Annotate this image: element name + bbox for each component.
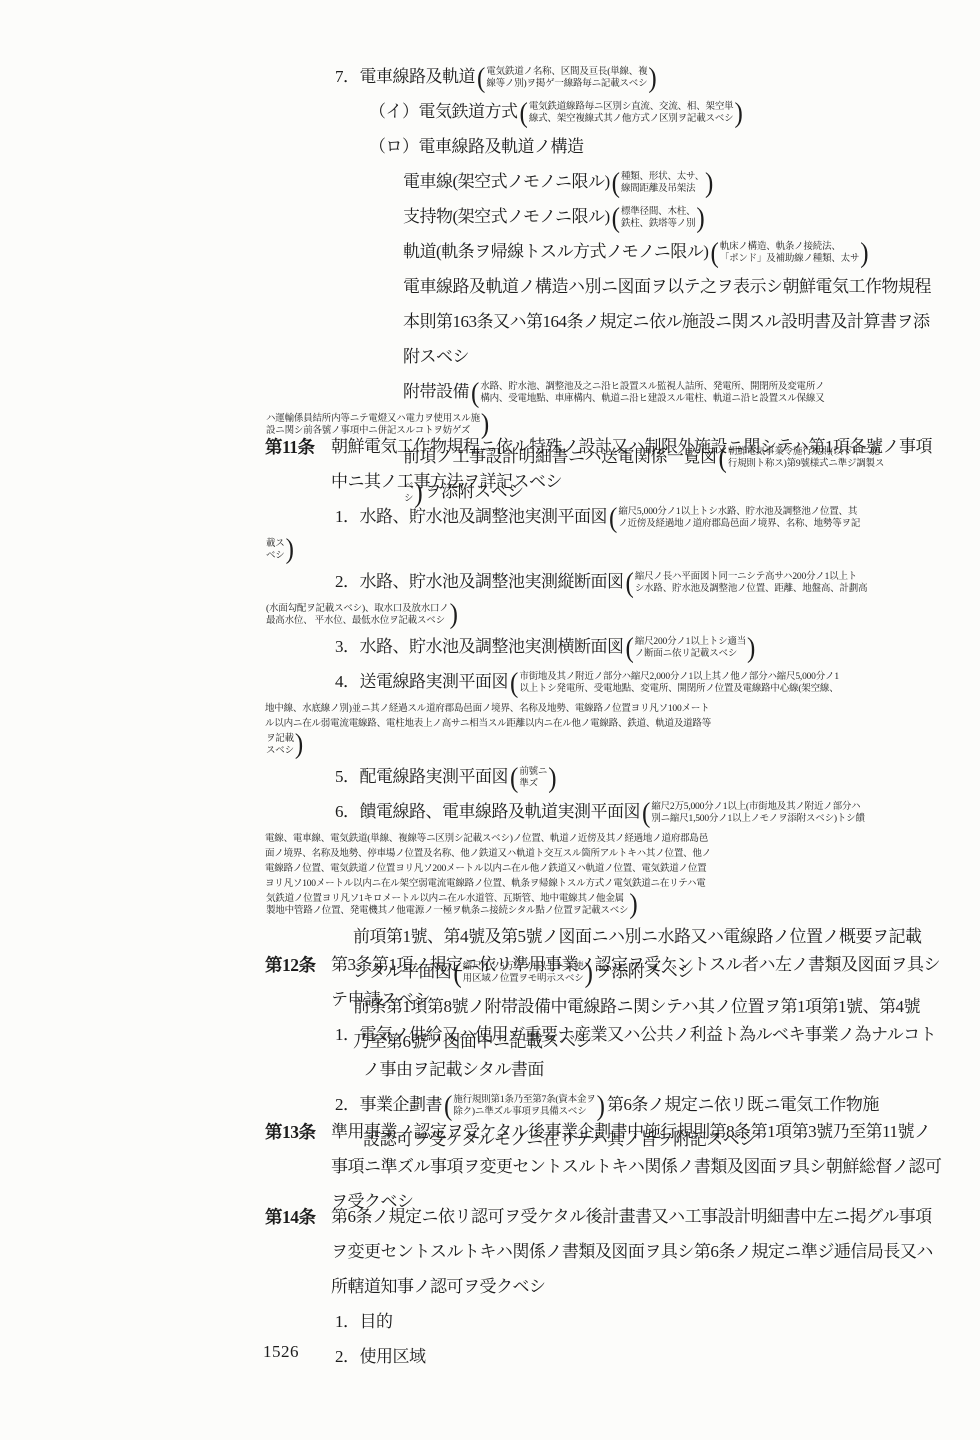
text-run: 附帯設備 bbox=[403, 382, 469, 401]
text-run: ヲ変更セントスルトキハ関係ノ書類及図面ヲ具シ第6条ノ規定ニ準ジ逓信局長又ハ bbox=[331, 1242, 933, 1261]
annotation-lines: 前號ニ準ズ bbox=[519, 766, 547, 790]
text-line: 2．水路、貯水池及調整池実測縦断面図(縮尺ノ長ハ平面図ト同一ニシテ高サハ200分… bbox=[335, 565, 965, 600]
annotation-line: 鉄柱、鉄塔等ノ別 bbox=[621, 218, 695, 230]
inline-annotation: (種類、形状、太サ、線間距離及吊架法) bbox=[611, 171, 715, 196]
paren-open-icon: ( bbox=[611, 169, 621, 197]
annotation-line: 水路、貯水池、調整池及之ニ沿ヒ設置スル監視人詰所、発電所、開閉所及変電所ノ bbox=[480, 381, 824, 393]
paren-close-icon: ) bbox=[294, 731, 304, 759]
inline-annotation: (水面勾配ヲ記載スベシ)、取水口及放水口ノ最高水位、 平水位、最低水位ヲ記載スベ… bbox=[266, 602, 459, 627]
article-number: 第13条 bbox=[265, 1115, 316, 1149]
text-line: （イ）電気鉄道方式(電気鉄道線路毎ニ区別シ直流、交流、相、架空単線式、架空複線式… bbox=[369, 95, 965, 130]
text-line: 軌道(軌条ヲ帰線トスル方式ノモノニ限ル)(軌床ノ構造、軌条ノ接続法、「ポンド」及… bbox=[403, 235, 965, 270]
text-line: 本則第163条又ハ第164条ノ規定ニ依ル施設ニ関スル設明書及計算書ヲ添 bbox=[403, 305, 965, 340]
inline-annotation: (軌床ノ構造、軌条ノ接続法、「ポンド」及補助線ノ種類、太サ) bbox=[709, 241, 869, 266]
annotation-lines: 電気鉄道線路毎ニ区別シ直流、交流、相、架空単線式、架空複線式其ノ他方式ノ区別ヲ記… bbox=[529, 101, 734, 125]
text-run: 電車線路及軌道ノ構造ハ別ニ図面ヲ以テ之ヲ表示シ朝鮮電気工作物規程 bbox=[403, 277, 931, 296]
annotation-text: 電線路ノ位置、電気鉄道ノ位置ヨリ凡ソ200メートル以内ニ在ル他ノ鉄道又ハ軌道ノ位… bbox=[265, 864, 706, 874]
text-run: 中ニ其ノ工事方法ヲ詳記スベシ bbox=[331, 472, 562, 491]
text-run: 第3条第1項ノ規定ニ依リ準用事業ノ認定ヲ受ケントスル者ハ左ノ書類及図面ヲ具シ bbox=[331, 955, 940, 974]
annotation-lines: (水面勾配ヲ記載スベシ)、取水口及放水口ノ最高水位、 平水位、最低水位ヲ記載スベ… bbox=[266, 603, 449, 627]
text-line: 電車線路及軌道ノ構造ハ別ニ図面ヲ以テ之ヲ表示シ朝鮮電気工作物規程 bbox=[403, 270, 965, 305]
annotation-line: 前號ニ bbox=[519, 766, 547, 778]
annotation-lines: 市街地及其ノ附近ノ部分ハ縮尺2,000分ノ1以上其ノ他ノ部分ハ縮尺5,000分ノ… bbox=[519, 671, 839, 695]
paren-open-icon: ( bbox=[608, 504, 618, 532]
text-line: 電車線(架空式ノモノニ限ル)(種類、形状、太サ、線間距離及吊架法) bbox=[403, 165, 965, 200]
text-run: 2．水路、貯水池及調整池実測縦断面図 bbox=[335, 572, 624, 591]
text-run: 附スベシ bbox=[403, 347, 469, 366]
inline-annotation: (縮尺ノ長ハ平面図ト同一ニシテ高サハ200分ノ1以上トシ水路、貯水池及調整池ノ位… bbox=[625, 571, 868, 596]
annotation-lines: 軌床ノ構造、軌条ノ接続法、「ポンド」及補助線ノ種類、太サ bbox=[720, 241, 860, 265]
text-run: 支持物(架空式ノモノニ限ル) bbox=[403, 207, 610, 226]
text-line: ヨリ凡ソ100メートル以内ニ在ル架空弱電流電線路ノ位置、軌条ヲ帰線トスル方式ノ電… bbox=[265, 876, 965, 890]
text-line: 附スベシ bbox=[403, 340, 965, 375]
annotation-line: 種類、形状、太サ、 bbox=[621, 171, 704, 183]
annotation-line: (水面勾配ヲ記載スベシ)、取水口及放水口ノ bbox=[266, 603, 449, 615]
annotation-lines: 水路、貯水池、調整池及之ニ沿ヒ設置スル監視人詰所、発電所、開閉所及変電所ノ構内、… bbox=[480, 381, 824, 405]
paren-close-icon: ) bbox=[547, 764, 557, 792]
annotation-line: 電気鉄道線路毎ニ区別シ直流、交流、相、架空単 bbox=[529, 101, 734, 113]
text-line: 6．饋電線路、電車線路及軌道実測平面図(縮尺2万5,000分ノ1以上(市街地及其… bbox=[335, 795, 965, 830]
text-line: 1．水路、貯水池及調整池実測平面図(縮尺5,000分ノ1以上トシ水路、貯水池及調… bbox=[335, 500, 965, 535]
paren-close-icon: ) bbox=[859, 239, 869, 267]
article-number: 第14条 bbox=[265, 1200, 316, 1234]
annotation-line: ノ近傍及経過地ノ道府郡島邑面ノ境界、名称、地勢等ヲ記 bbox=[618, 518, 860, 530]
text-line: (水面勾配ヲ記載スベシ)、取水口及放水口ノ最高水位、 平水位、最低水位ヲ記載スベ… bbox=[265, 602, 965, 627]
text-run: 電車線(架空式ノモノニ限ル) bbox=[403, 172, 610, 191]
text-run: （イ）電気鉄道方式 bbox=[369, 102, 518, 121]
text-line: 気鉄道ノ位置ヨリ凡ソ1キロメートル以内ニ在ル水道管、瓦斯管、地中電線其ノ他金属製… bbox=[265, 892, 965, 917]
annotation-line: シ水路、貯水池及調整池ノ位置、距離、地盤高、計劃高 bbox=[635, 583, 868, 595]
text-line: 載スベシ) bbox=[265, 537, 965, 562]
text-run: テ申請スベシ bbox=[331, 990, 430, 1009]
text-run: （ロ）電車線路及軌道ノ構造 bbox=[369, 137, 584, 156]
text-line: 5．配電線路実測平面図(前號ニ準ズ) bbox=[335, 760, 965, 795]
paren-open-icon: ( bbox=[641, 799, 651, 827]
inline-annotation: 載スベシ) bbox=[266, 537, 295, 562]
paren-close-icon: ) bbox=[746, 634, 756, 662]
paren-close-icon: ) bbox=[704, 169, 714, 197]
annotation-line: 縮尺5,000分ノ1以上トシ水路、貯水池及調整池ノ位置、其 bbox=[618, 506, 860, 518]
text-line: 7．電車線路及軌道(電気鉄道ノ名称、区間及亘長(単線、複線等ノ別)ヲ掲ゲ一線路毎… bbox=[335, 60, 965, 95]
annotation-text: 電線、電車線、電気鉄道(単線、複線等ニ区別シ記載スベシ)ノ位置、軌道ノ近傍及其ノ… bbox=[265, 834, 708, 844]
text-line: 朝鮮電気工作物規程ニ依ル特殊ノ設計又ハ制限外施設ニ関シテハ第1項各號ノ事項 bbox=[331, 430, 965, 465]
annotation-lines: 縮尺2万5,000分ノ1以上(市街地及其ノ附近ノ部分ハ別ニ縮尺1,500分ノ1以… bbox=[651, 801, 864, 825]
text-run: 事項ニ準ズル事項ヲ変更セントスルトキハ関係ノ書類及図面ヲ具シ朝鮮総督ノ認可 bbox=[331, 1157, 941, 1176]
annotation-line: 施行規則第1条乃至第7条(資本金ヲ bbox=[453, 1094, 595, 1106]
text-line: 電線、電車線、電気鉄道(単線、複線等ニ区別シ記載スベシ)ノ位置、軌道ノ近傍及其ノ… bbox=[265, 831, 965, 845]
text-run: 軌道(軌条ヲ帰線トスル方式ノモノニ限ル) bbox=[403, 242, 708, 261]
annotation-lines: 縮尺ノ長ハ平面図ト同一ニシテ高サハ200分ノ1以上トシ水路、貯水池及調整池ノ位置… bbox=[635, 571, 868, 595]
inline-annotation: (前號ニ準ズ) bbox=[509, 766, 558, 791]
text-run: 1．目的 bbox=[335, 1312, 393, 1331]
annotation-line: 線式、架空複線式其ノ他方式ノ区別ヲ記載スベシ bbox=[529, 113, 734, 125]
paren-close-icon: ) bbox=[733, 99, 743, 127]
text-line: 所轄道知事ノ認可ヲ受クベシ bbox=[331, 1270, 965, 1305]
text-run: 朝鮮電気工作物規程ニ依ル特殊ノ設計又ハ制限外施設ニ関シテハ第1項各號ノ事項 bbox=[331, 437, 932, 456]
article-section: 第14条第6条ノ規定ニ依リ認可ヲ受ケタル後計畫書又ハ工事設計明細書中左ニ掲グル事… bbox=[265, 1200, 965, 1375]
text-run: 2．事業企劃書 bbox=[335, 1095, 442, 1114]
inline-annotation: (市街地及其ノ附近ノ部分ハ縮尺2,000分ノ1以上其ノ他ノ部分ハ縮尺5,000分… bbox=[509, 671, 839, 696]
paren-open-icon: ( bbox=[625, 634, 635, 662]
paren-open-icon: ( bbox=[519, 99, 529, 127]
text-run: 1．水路、貯水池及調整池実測平面図 bbox=[335, 507, 607, 526]
text-run: 1．電気ノ供給又ハ使用ガ重要ナ産業又ハ公共ノ利益ト為ルベキ事業ノ為ナルコト bbox=[335, 1025, 936, 1044]
inline-annotation: ヲ記載スベシ) bbox=[266, 732, 304, 757]
text-run: 2．使用区域 bbox=[335, 1347, 426, 1366]
annotation-line: 縮尺200分ノ1以上トシ適当 bbox=[635, 636, 746, 648]
annotation-line: 縮尺ノ長ハ平面図ト同一ニシテ高サハ200分ノ1以上ト bbox=[635, 571, 868, 583]
annotation-line: 電気鉄道ノ名称、区間及亘長(単線、複 bbox=[486, 66, 647, 78]
annotation-line: 「ポンド」及補助線ノ種類、太サ bbox=[720, 253, 860, 265]
annotation-lines: 標準径間、木柱、鉄柱、鉄塔等ノ別 bbox=[621, 206, 695, 230]
text-run: 4．送電線路実測平面図 bbox=[335, 672, 508, 691]
text-run: 6．饋電線路、電車線路及軌道実測平面図 bbox=[335, 802, 640, 821]
paren-open-icon: ( bbox=[476, 64, 486, 92]
annotation-line: 線間距離及吊架法 bbox=[621, 183, 704, 195]
article-number: 第12条 bbox=[265, 948, 316, 982]
paren-close-icon: ) bbox=[647, 64, 657, 92]
text-run: 第6条ノ規定ニ依リ認可ヲ受ケタル後計畫書又ハ工事設計明細書中左ニ掲グル事項 bbox=[331, 1207, 932, 1226]
annotation-line: 市街地及其ノ附近ノ部分ハ縮尺2,000分ノ1以上其ノ他ノ部分ハ縮尺5,000分ノ… bbox=[519, 671, 839, 683]
annotation-line: 最高水位、 平水位、最低水位ヲ記載スベシ bbox=[266, 615, 449, 627]
text-run: 準用事業ノ認定ヲ受ケタル後事業企劃書中施行規則第8条第1項第3號乃至第11號ノ bbox=[331, 1122, 931, 1141]
annotation-line: 縮尺2万5,000分ノ1以上(市街地及其ノ附近ノ部分ハ bbox=[651, 801, 864, 813]
annotation-text: ル以内ニ在ル弱電流電線路、電柱地表上ノ高サニ相当スル距離以内ニ在ル他ノ電線路、鉄… bbox=[265, 719, 711, 729]
text-line: 2．使用区域 bbox=[335, 1340, 965, 1375]
annotation-line: 準ズ bbox=[519, 778, 547, 790]
paren-close-icon: ) bbox=[449, 601, 459, 629]
text-run: 5．配電線路実測平面図 bbox=[335, 767, 508, 786]
text-line: 支持物(架空式ノモノニ限ル)(標準径間、木柱、鉄柱、鉄塔等ノ別) bbox=[403, 200, 965, 235]
text-run: ノ事由ヲ記載シタル書面 bbox=[363, 1060, 544, 1079]
text-run: 3．水路、貯水池及調整池実測横断面図 bbox=[335, 637, 624, 656]
paren-open-icon: ( bbox=[470, 379, 480, 407]
annotation-text: ヨリ凡ソ100メートル以内ニ在ル架空弱電流電線路ノ位置、軌条ヲ帰線トスル方式ノ電… bbox=[265, 879, 706, 889]
text-line: ヲ変更セントスルトキハ関係ノ書類及図面ヲ具シ第6条ノ規定ニ準ジ逓信局長又ハ bbox=[331, 1235, 965, 1270]
annotation-line: ノ断面ニ依リ記載スベシ bbox=[635, 648, 746, 660]
inline-annotation: 気鉄道ノ位置ヨリ凡ソ1キロメートル以内ニ在ル水道管、瓦斯管、地中電線其ノ他金属製… bbox=[266, 892, 639, 917]
inline-annotation: (縮尺2万5,000分ノ1以上(市街地及其ノ附近ノ部分ハ別ニ縮尺1,500分ノ1… bbox=[641, 801, 865, 826]
paren-close-icon: ) bbox=[695, 204, 705, 232]
page-number: 1526 bbox=[263, 1342, 299, 1362]
annotation-line: 構内、受電地點、車庫構内、軌道ニ沿ヒ建設スル電柱、軌道ニ沿ヒ設置スル保線又 bbox=[480, 393, 824, 405]
paren-close-icon: ) bbox=[285, 536, 295, 564]
annotation-line: ヲ記載 bbox=[266, 733, 294, 745]
text-line: 電線路ノ位置、電気鉄道ノ位置ヨリ凡ソ200メートル以内ニ在ル他ノ鉄道又ハ軌道ノ位… bbox=[265, 861, 965, 875]
article-number: 第11条 bbox=[265, 430, 315, 464]
annotation-line: 載ス bbox=[266, 538, 285, 550]
inline-annotation: (縮尺200分ノ1以上トシ適当ノ断面ニ依リ記載スベシ) bbox=[625, 636, 757, 661]
annotation-line: 別ニ縮尺1,500分ノ1以上ノモノヲ添附スベシ)トシ饋 bbox=[651, 813, 864, 825]
annotation-line: 製地中管路ノ位置、発電機其ノ他電源ノ一極ヲ軌条ニ接続シタル點ノ位置ヲ記載スベシ bbox=[266, 905, 628, 917]
text-run: 前項第1號、第4號及第5號ノ図面ニハ別ニ水路又ハ電線路ノ位置ノ概要ヲ記載 bbox=[353, 927, 922, 946]
paren-open-icon: ( bbox=[509, 764, 519, 792]
text-line: 地中線、水底線ノ別)並ニ其ノ経過スル道府郡島邑面ノ境界、名称及地勢、電線路ノ位置… bbox=[265, 701, 965, 715]
inline-annotation: (電気鉄道線路毎ニ区別シ直流、交流、相、架空単線式、架空複線式其ノ他方式ノ区別ヲ… bbox=[519, 101, 744, 126]
text-line: 1．目的 bbox=[335, 1305, 965, 1340]
annotation-line: ベシ bbox=[266, 550, 285, 562]
document-page: 7．電車線路及軌道(電気鉄道ノ名称、区間及亘長(単線、複線等ノ別)ヲ掲ゲ一線路毎… bbox=[265, 0, 965, 1440]
inline-annotation: (縮尺5,000分ノ1以上トシ水路、貯水池及調整池ノ位置、其ノ近傍及経過地ノ道府… bbox=[608, 506, 860, 531]
text-line: テ申請スベシ bbox=[331, 983, 965, 1018]
text-run: 第6条ノ規定ニ依リ既ニ電気工作物施 bbox=[607, 1095, 879, 1114]
inline-annotation: (標準径間、木柱、鉄柱、鉄塔等ノ別) bbox=[611, 206, 706, 231]
text-line: 第6条ノ規定ニ依リ認可ヲ受ケタル後計畫書又ハ工事設計明細書中左ニ掲グル事項 bbox=[331, 1200, 965, 1235]
text-line: 事項ニ準ズル事項ヲ変更セントスルトキハ関係ノ書類及図面ヲ具シ朝鮮総督ノ認可 bbox=[331, 1150, 965, 1185]
annotation-line: 軌床ノ構造、軌条ノ接続法、 bbox=[720, 241, 860, 253]
paren-open-icon: ( bbox=[625, 569, 635, 597]
annotation-lines: 縮尺5,000分ノ1以上トシ水路、貯水池及調整池ノ位置、其ノ近傍及経過地ノ道府郡… bbox=[618, 506, 860, 530]
annotation-lines: 載スベシ bbox=[266, 538, 285, 562]
text-line: 3．水路、貯水池及調整池実測横断面図(縮尺200分ノ1以上トシ適当ノ断面ニ依リ記… bbox=[335, 630, 965, 665]
annotation-lines: ヲ記載スベシ bbox=[266, 733, 294, 757]
inline-annotation: (水路、貯水池、調整池及之ニ沿ヒ設置スル監視人詰所、発電所、開閉所及変電所ノ構内… bbox=[470, 381, 824, 406]
annotation-text: 地中線、水底線ノ別)並ニ其ノ経過スル道府郡島邑面ノ境界、名称及地勢、電線路ノ位置… bbox=[265, 704, 709, 714]
text-run: 本則第163条又ハ第164条ノ規定ニ依ル施設ニ関スル設明書及計算書ヲ添 bbox=[403, 312, 930, 331]
text-line: 1．電気ノ供給又ハ使用ガ重要ナ産業又ハ公共ノ利益ト為ルベキ事業ノ為ナルコト bbox=[335, 1018, 965, 1053]
text-line: ノ事由ヲ記載シタル書面 bbox=[363, 1053, 965, 1088]
annotation-lines: 縮尺200分ノ1以上トシ適当ノ断面ニ依リ記載スベシ bbox=[635, 636, 746, 660]
text-line: 準用事業ノ認定ヲ受ケタル後事業企劃書中施行規則第8条第1項第3號乃至第11號ノ bbox=[331, 1115, 965, 1150]
paren-close-icon: ) bbox=[628, 891, 638, 919]
annotation-line: 線等ノ別)ヲ掲ゲ一線路毎ニ記載スベシ bbox=[486, 78, 647, 90]
text-line: ル以内ニ在ル弱電流電線路、電柱地表上ノ高サニ相当スル距離以内ニ在ル他ノ電線路、鉄… bbox=[265, 716, 965, 730]
text-line: ヲ記載スベシ) bbox=[265, 732, 965, 757]
annotation-line: 標準径間、木柱、 bbox=[621, 206, 695, 218]
text-line: 面ノ境界、名称及地勢、停車場ノ位置及名称、他ノ鉄道又ハ軌道ト交互スル箇所アルトキ… bbox=[265, 846, 965, 860]
text-run: 所轄道知事ノ認可ヲ受クベシ bbox=[331, 1277, 546, 1296]
text-line: 4．送電線路実測平面図(市街地及其ノ附近ノ部分ハ縮尺2,000分ノ1以上其ノ他ノ… bbox=[335, 665, 965, 700]
annotation-lines: 気鉄道ノ位置ヨリ凡ソ1キロメートル以内ニ在ル水道管、瓦斯管、地中電線其ノ他金属製… bbox=[266, 893, 628, 917]
annotation-text: 面ノ境界、名称及地勢、停車場ノ位置及名称、他ノ鉄道又ハ軌道ト交互スル箇所アルトキ… bbox=[265, 849, 711, 859]
text-line: 附帯設備(水路、貯水池、調整池及之ニ沿ヒ設置スル監視人詰所、発電所、開閉所及変電… bbox=[403, 375, 965, 410]
annotation-line: ハ運輸係員結所内等ニテ電燈又ハ電力ヲ使用スル施 bbox=[266, 413, 480, 425]
text-line: 中ニ其ノ工事方法ヲ詳記スベシ bbox=[331, 465, 965, 500]
paren-open-icon: ( bbox=[709, 239, 719, 267]
paren-open-icon: ( bbox=[509, 669, 519, 697]
annotation-line: スベシ bbox=[266, 745, 294, 757]
text-line: 第3条第1項ノ規定ニ依リ準用事業ノ認定ヲ受ケントスル者ハ左ノ書類及図面ヲ具シ bbox=[331, 948, 965, 983]
paren-open-icon: ( bbox=[611, 204, 621, 232]
text-line: （ロ）電車線路及軌道ノ構造 bbox=[369, 130, 965, 165]
annotation-lines: 種類、形状、太サ、線間距離及吊架法 bbox=[621, 171, 704, 195]
annotation-lines: 電気鉄道ノ名称、区間及亘長(単線、複線等ノ別)ヲ掲ゲ一線路毎ニ記載スベシ bbox=[486, 66, 647, 90]
text-run: 7．電車線路及軌道 bbox=[335, 67, 475, 86]
inline-annotation: (電気鉄道ノ名称、区間及亘長(単線、複線等ノ別)ヲ掲ゲ一線路毎ニ記載スベシ) bbox=[476, 66, 658, 91]
annotation-line: 以上トシ発電所、受電地點、変電所、開閉所ノ位置及電線路中心線(架空線、 bbox=[519, 683, 839, 695]
annotation-line: 気鉄道ノ位置ヨリ凡ソ1キロメートル以内ニ在ル水道管、瓦斯管、地中電線其ノ他金属 bbox=[266, 893, 628, 905]
